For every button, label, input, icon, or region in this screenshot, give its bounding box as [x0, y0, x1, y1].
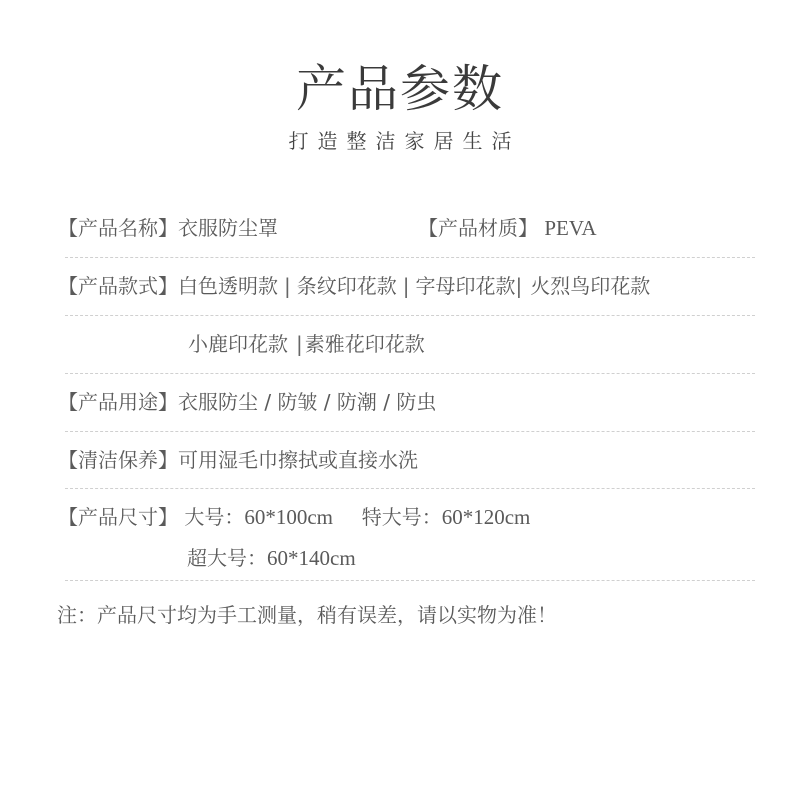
- footnote: 注：产品尺寸均为手工测量，稍有误差，请以实物为准！: [57, 601, 557, 629]
- size-name: 大号：: [184, 505, 244, 529]
- style-item: 字母印花款: [416, 274, 516, 298]
- divider: [65, 488, 755, 489]
- divider: [65, 373, 755, 374]
- param-row-material: 【产品材质】 PEVA: [418, 214, 597, 242]
- param-label-material: 【产品材质】: [418, 216, 538, 240]
- divider: [65, 315, 755, 316]
- param-label-styles: 【产品款式】: [58, 274, 178, 298]
- param-label-name: 【产品名称】: [58, 216, 178, 240]
- style-item: 素雅花印花款: [305, 332, 425, 356]
- size-value: 60*100cm: [244, 505, 333, 529]
- param-row-sizes: 【产品尺寸】 大号：60*100cm 特大号：60*120cm: [58, 503, 530, 531]
- param-label-care: 【清洁保养】: [58, 448, 178, 472]
- param-row-usage: 【产品用途】衣服防尘 / 防皱 / 防潮 / 防虫: [58, 388, 436, 416]
- size-name: 特大号：: [362, 505, 442, 529]
- page-subtitle: 打造整洁家居生活: [0, 127, 800, 155]
- param-label-sizes: 【产品尺寸】: [58, 505, 178, 529]
- separator: |: [278, 274, 297, 298]
- divider: [65, 257, 755, 258]
- style-item: 火烈鸟印花款: [530, 274, 650, 298]
- separator: |: [397, 274, 416, 298]
- param-value-material: PEVA: [544, 216, 596, 240]
- param-row-sizes-cont: 超大号：60*140cm: [187, 544, 356, 572]
- size-value: 60*140cm: [267, 546, 356, 570]
- size-name: 超大号：: [187, 546, 267, 570]
- separator: |: [288, 332, 305, 356]
- style-item: 白色透明款: [178, 274, 278, 298]
- param-value-name: 衣服防尘罩: [178, 216, 278, 240]
- param-row-care: 【清洁保养】可用湿毛巾擦拭或直接水洗: [58, 446, 418, 474]
- style-item: 条纹印花款: [297, 274, 397, 298]
- style-item: 小鹿印花款: [188, 332, 288, 356]
- param-row-name: 【产品名称】衣服防尘罩: [58, 214, 278, 242]
- divider: [65, 580, 755, 581]
- param-value-usage: 衣服防尘 / 防皱 / 防潮 / 防虫: [178, 390, 436, 414]
- param-label-usage: 【产品用途】: [58, 390, 178, 414]
- param-row-styles-cont: 小鹿印花款|素雅花印花款: [188, 330, 425, 358]
- separator: |: [516, 274, 531, 298]
- divider: [65, 431, 755, 432]
- param-row-styles: 【产品款式】白色透明款|条纹印花款|字母印花款|火烈鸟印花款: [58, 272, 650, 300]
- param-value-care: 可用湿毛巾擦拭或直接水洗: [178, 448, 418, 472]
- page-title: 产品参数: [0, 56, 800, 122]
- size-value: 60*120cm: [442, 505, 531, 529]
